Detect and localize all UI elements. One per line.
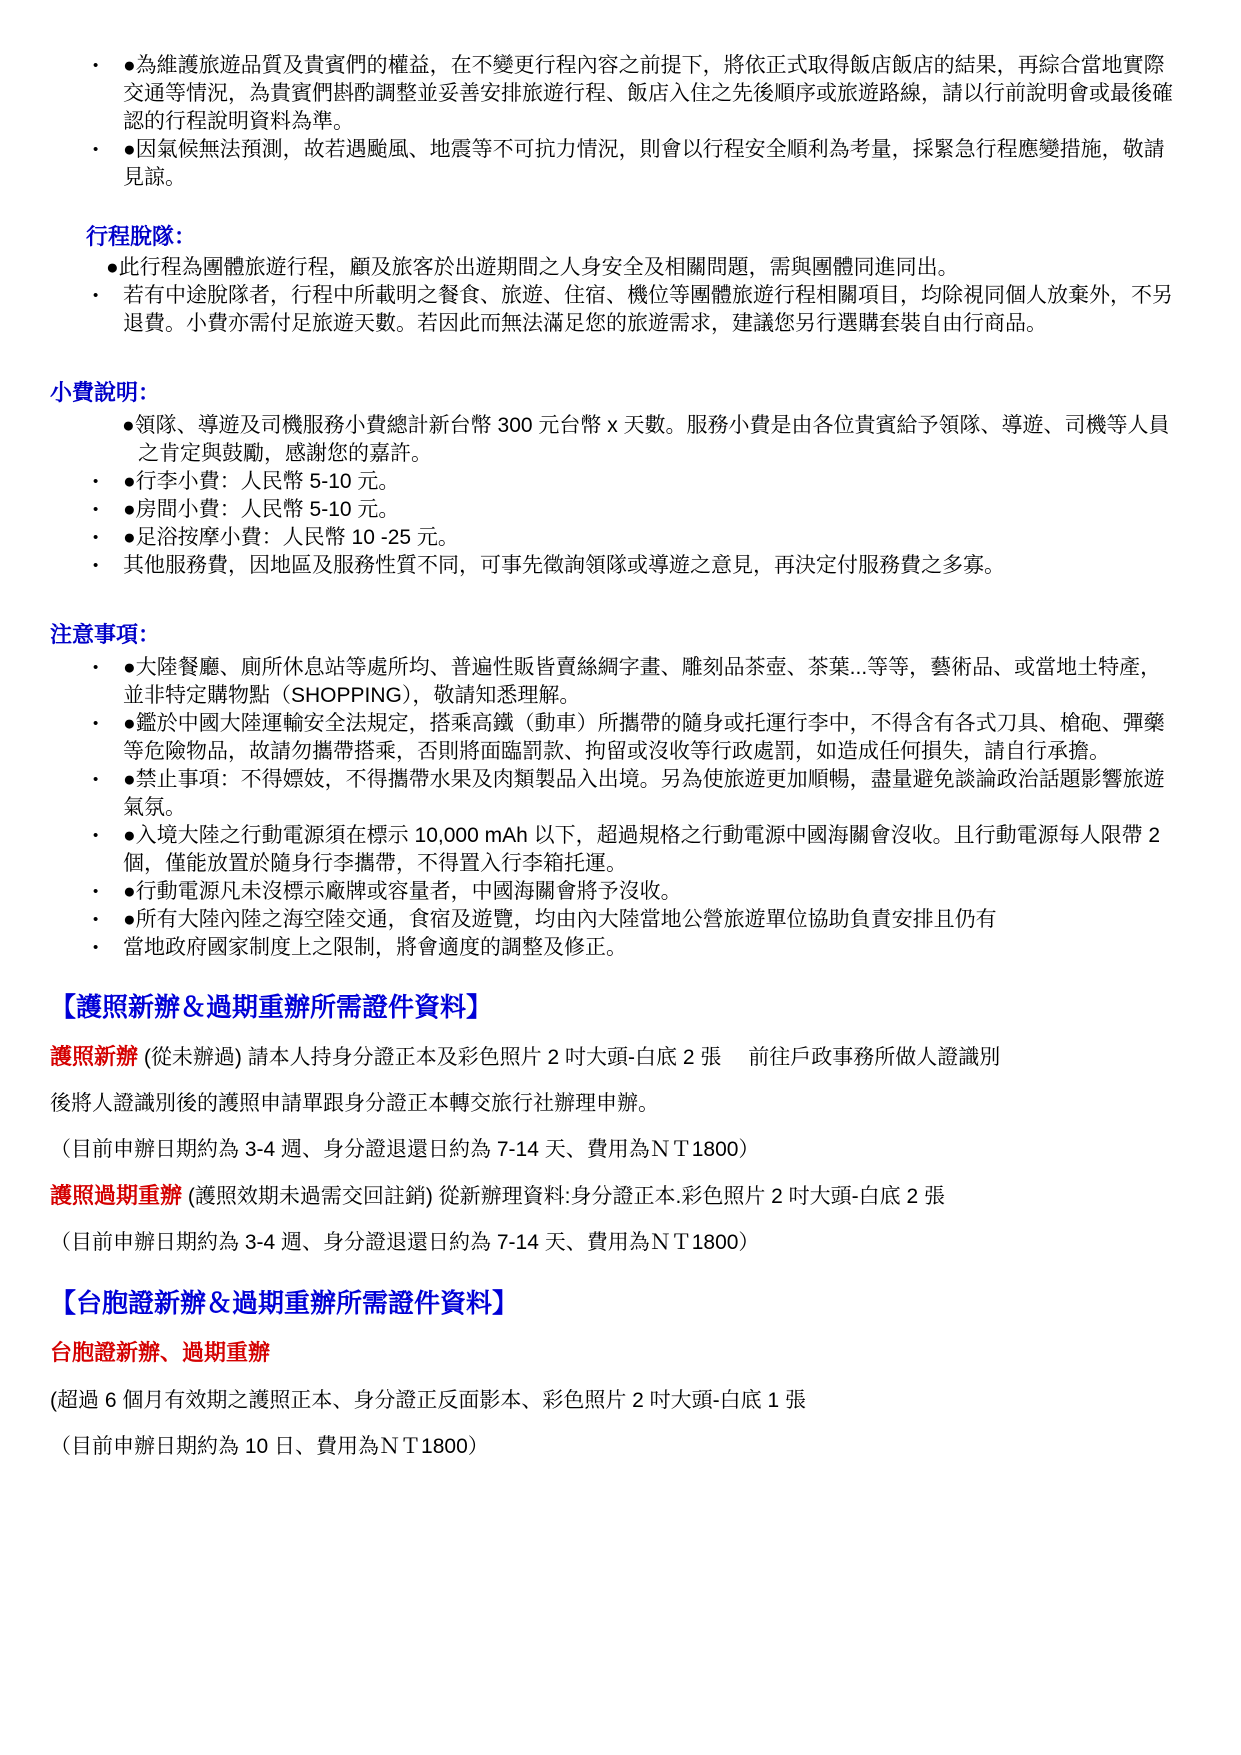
list-item: • ●鑑於中國大陸運輸安全法規定，搭乘高鐵（動車）所攜帶的隨身或托運行李中，不得… [90, 710, 1177, 766]
leave-group-text: 若有中途脫隊者，行程中所載明之餐食、旅遊、住宿、機位等團體旅遊行程相關項目，均除… [123, 282, 1177, 338]
bullet-marker: • [90, 496, 123, 524]
taibao-line1: (超過 6 個月有效期之護照正本、身分證正反面影本、彩色照片 2 吋大頭-白底 … [50, 1386, 1177, 1416]
notice-text: ●因氣候無法預測，故若遇颱風、地震等不可抗力情況，則會以行程安全順利為考量，採緊… [123, 136, 1177, 192]
list-item: • ●行李小費：人民幣 5-10 元。 [90, 468, 1177, 496]
list-item: • ●房間小費：人民幣 5-10 元。 [90, 496, 1177, 524]
bullet-marker: • [90, 710, 123, 766]
leave-group-sub-line: ●此行程為團體旅遊行程，顧及旅客於出遊期間之人身安全及相關問題，需與團體同進同出… [106, 254, 1177, 282]
note-text: 當地政府國家制度上之限制，將會適度的調整及修正。 [123, 934, 1177, 962]
note-text: ●入境大陸之行動電源須在標示 10,000 mAh 以下，超過規格之行動電源中國… [123, 822, 1177, 878]
section-title-taibao: 【台胞證新辦＆過期重辦所需證件資料】 [50, 1286, 1177, 1320]
list-item: • ●入境大陸之行動電源須在標示 10,000 mAh 以下，超過規格之行動電源… [90, 822, 1177, 878]
bullet-marker: • [90, 822, 123, 878]
passport-renew-note: （目前申辦日期約為 3-4 週、身分證退還日約為 7-14 天、費用為ＮＴ180… [50, 1228, 1177, 1258]
section-title-leave-group: 行程脫隊： [86, 222, 1177, 252]
tips-sub-line: ●領隊、導遊及司機服務小費總計新台幣 300 元台幣 x 天數。服務小費是由各位… [122, 412, 1177, 468]
bullet-marker: • [90, 524, 123, 552]
bullet-marker: • [90, 766, 123, 822]
list-item: • 若有中途脫隊者，行程中所載明之餐食、旅遊、住宿、機位等團體旅遊行程相關項目，… [90, 282, 1177, 338]
passport-renew-line: 護照過期重辦 (護照效期未過需交回註銷) 從新辦理資料:身分證正本.彩色照片 2… [50, 1181, 1177, 1212]
passport-renew-rest: (護照效期未過需交回註銷) 從新辦理資料:身分證正本.彩色照片 2 吋大頭-白底… [182, 1185, 945, 1208]
bullet-marker: • [90, 552, 123, 580]
note-text: ●所有大陸內陸之海空陸交通，食宿及遊覽，均由內大陸當地公營旅遊單位協助負責安排且… [123, 906, 1177, 934]
tip-text: ●房間小費：人民幣 5-10 元。 [123, 496, 1177, 524]
passport-renew-label: 護照過期重辦 [50, 1183, 182, 1208]
section-title-notes: 注意事項： [50, 620, 1177, 650]
passport-new-note: （目前申辦日期約為 3-4 週、身分證退還日約為 7-14 天、費用為ＮＴ180… [50, 1135, 1177, 1165]
note-text: ●鑑於中國大陸運輸安全法規定，搭乘高鐵（動車）所攜帶的隨身或托運行李中，不得含有… [123, 710, 1177, 766]
list-item: • ●足浴按摩小費：人民幣 10 -25 元。 [90, 524, 1177, 552]
notice-text: ●為維護旅遊品質及貴賓們的權益，在不變更行程內容之前提下，將依正式取得飯店飯店的… [123, 52, 1177, 136]
list-item: • 當地政府國家制度上之限制，將會適度的調整及修正。 [90, 934, 1177, 962]
passport-new-line2: 後將人證識別後的護照申請單跟身分證正本轉交旅行社辦理申辦。 [50, 1089, 1177, 1119]
bullet-marker: • [90, 136, 123, 192]
list-item: • ●為維護旅遊品質及貴賓們的權益，在不變更行程內容之前提下，將依正式取得飯店飯… [90, 52, 1177, 136]
tip-text: ●足浴按摩小費：人民幣 10 -25 元。 [123, 524, 1177, 552]
bullet-marker: • [90, 934, 123, 962]
bullet-marker: • [90, 468, 123, 496]
bullet-marker: • [90, 654, 123, 710]
document-page: • ●為維護旅遊品質及貴賓們的權益，在不變更行程內容之前提下，將依正式取得飯店飯… [0, 0, 1241, 1755]
list-item: • ●大陸餐廳、廁所休息站等處所均、普遍性販皆賣絲綢字畫、雕刻品茶壺、茶葉...… [90, 654, 1177, 710]
passport-new-rest: (從未辦過) 請本人持身分證正本及彩色照片 2 吋大頭-白底 2 張 前往戶政事… [138, 1046, 1000, 1069]
bullet-marker: • [90, 906, 123, 934]
note-text: ●禁止事項：不得嫖妓，不得攜帶水果及肉類製品入出境。另為使旅遊更加順暢，盡量避免… [123, 766, 1177, 822]
list-item: • ●所有大陸內陸之海空陸交通，食宿及遊覽，均由內大陸當地公營旅遊單位協助負責安… [90, 906, 1177, 934]
list-item: • 其他服務費，因地區及服務性質不同，可事先徵詢領隊或導遊之意見，再決定付服務費… [90, 552, 1177, 580]
note-text: ●行動電源凡未沒標示廠牌或容量者，中國海關會將予沒收。 [123, 878, 1177, 906]
taibao-subheading: 台胞證新辦、過期重辦 [50, 1338, 1177, 1368]
section-title-passport: 【護照新辦＆過期重辦所需證件資料】 [50, 990, 1177, 1024]
list-item: • ●禁止事項：不得嫖妓，不得攜帶水果及肉類製品入出境。另為使旅遊更加順暢，盡量… [90, 766, 1177, 822]
passport-new-label: 護照新辦 [50, 1044, 138, 1069]
tip-text: 其他服務費，因地區及服務性質不同，可事先徵詢領隊或導遊之意見，再決定付服務費之多… [123, 552, 1177, 580]
passport-new-line: 護照新辦 (從未辦過) 請本人持身分證正本及彩色照片 2 吋大頭-白底 2 張 … [50, 1042, 1177, 1073]
list-item: • ●行動電源凡未沒標示廠牌或容量者，中國海關會將予沒收。 [90, 878, 1177, 906]
bullet-marker: • [90, 52, 123, 136]
tip-text: ●行李小費：人民幣 5-10 元。 [123, 468, 1177, 496]
taibao-line2: （目前申辦日期約為 10 日、費用為ＮＴ1800） [50, 1432, 1177, 1462]
list-item: • ●因氣候無法預測，故若遇颱風、地震等不可抗力情況，則會以行程安全順利為考量，… [90, 136, 1177, 192]
note-text: ●大陸餐廳、廁所休息站等處所均、普遍性販皆賣絲綢字畫、雕刻品茶壺、茶葉...等等… [123, 654, 1177, 710]
bullet-marker: • [90, 878, 123, 906]
bullet-marker: • [90, 282, 123, 338]
section-title-tips: 小費說明： [50, 378, 1177, 408]
